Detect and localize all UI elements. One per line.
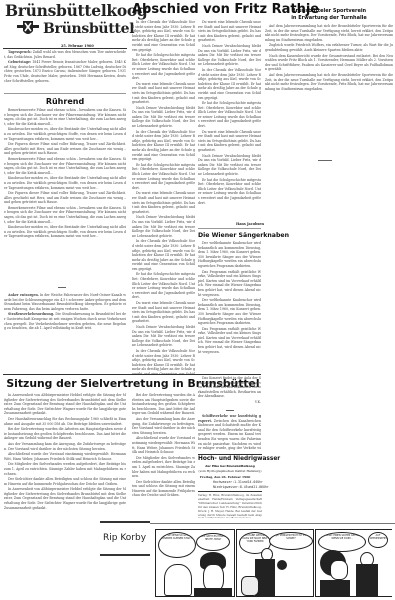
woman-face-figure (330, 560, 348, 580)
article-body-sportverein: Auf dem Jahresversammlung hat sich der B… (265, 24, 393, 174)
speech-balloon: SIND SIE DENN SO GERN IN UNSERER KLEINEN… (158, 532, 196, 558)
speech-balloon: JA, MORGEN FRÜH IST ES SOWEIT (269, 532, 313, 550)
comic-strip: SIND SIE DENN SO GERN IN UNSERER KLEINEN… (155, 529, 392, 597)
comic-title: Rip Korby (103, 533, 146, 543)
woman-figure (277, 560, 287, 570)
masthead: Brünsbüttelkoog Brünsbüttel 25. Februar … (3, 2, 128, 54)
tide-title: Hoch- und Niedrigwasser (198, 456, 262, 462)
chair-figure (241, 576, 259, 596)
small-divider (226, 410, 234, 411)
tide-row: Niedrigwasser:8.45und21.06Uhr (213, 485, 263, 490)
divider (198, 228, 261, 229)
comic-panel-3: DAS WIRD IHNEN SICHER GEFALLEN, WENN SIE… (315, 529, 392, 597)
tide-source: (vom Hydrographischen Institut Hamburg) (198, 469, 262, 473)
masthead-line2: Brünsbüttel (43, 20, 134, 38)
article-signature: Hans Jacobsen (236, 222, 264, 226)
comic-rule-top (100, 521, 150, 523)
masthead-rule (3, 48, 127, 49)
speech-balloon: WIE GEHT ES IHNEN HEUTE, MISS? (196, 533, 230, 551)
man-suit-figure (356, 564, 378, 596)
article-body-abschied-col1: In der Chronik der Volksschule Nord steh… (132, 20, 195, 375)
daily-quote-block: Tagesspruch: Zufall wohl als was den Men… (4, 50, 126, 90)
speech-balloon: DAS WIRD IHNEN SICHER GEFALLEN, WENN SIE… (318, 532, 366, 552)
article-body-sitzung-col2: Bei der Sielvertretung wurden die Arbeit… (132, 393, 195, 523)
tide-box-rule-bottom (198, 491, 262, 492)
local-notices: Anker entsorgen. In der Weiche Fahrwasse… (4, 293, 126, 371)
comic-panel-2: ICH HABE GEHÖRT, DASS SIE NACH NEW YORK … (236, 529, 314, 597)
concert-notice: Das Konzert findet in der Aula der Schul… (198, 376, 261, 406)
article-body-ruehrend: Bemerkenswerte Filme und ebenso schön – … (4, 108, 126, 284)
article-body-saengerknaben: Der weltbekannte Knabenchor wird bekannt… (198, 241, 261, 376)
small-divider (58, 287, 66, 288)
coat-of-arms-icon (17, 19, 39, 37)
masthead-line1: Brünsbüttelkoog (5, 2, 147, 20)
article-body-abschied-col2: Du warst eine lebende Chronik unserer St… (198, 20, 261, 220)
old-man-figure (164, 564, 192, 596)
comic-rule-bottom (100, 554, 150, 556)
tide-subtitle: der Elbe bei Brunsbüttelkoog (198, 464, 262, 468)
comic-panel-1: SIND SIE DENN SO GERN IN UNSERER KLEINEN… (155, 529, 235, 597)
comic-strip-top-rule (150, 523, 395, 524)
section-rule (3, 374, 261, 375)
figure-shoulder (194, 588, 232, 596)
small-divider (318, 160, 332, 161)
article-title-ruehrend: Rührend (4, 97, 126, 106)
tide-date: Freitag, den 26. Februar 1960 (200, 475, 250, 479)
divider (4, 93, 126, 94)
woman-dress-figure (320, 580, 350, 596)
article-title-saengerknaben: Die Wiener Sängerknaben (198, 232, 264, 239)
imprint: Verlag: H. Hinz, Brunsbüttelkoog, im Zus… (198, 494, 262, 518)
tide-table: Hochwasser:1.31und14.04Uhr Niedrigwasser… (213, 480, 263, 489)
tide-box-rule-top (198, 454, 262, 455)
speech-balloon: AUF WIEDERSEHEN! (368, 532, 388, 548)
shipping-notice: Schiffsverkehr war kurzfristig gesperrt.… (198, 414, 261, 450)
article-body-sitzung-col1: In Anwesenheit von Altbürgermeister Hebb… (4, 393, 126, 598)
article-title-sportverein: Brunsbütteler Sportverein in Erwartung d… (265, 8, 393, 22)
